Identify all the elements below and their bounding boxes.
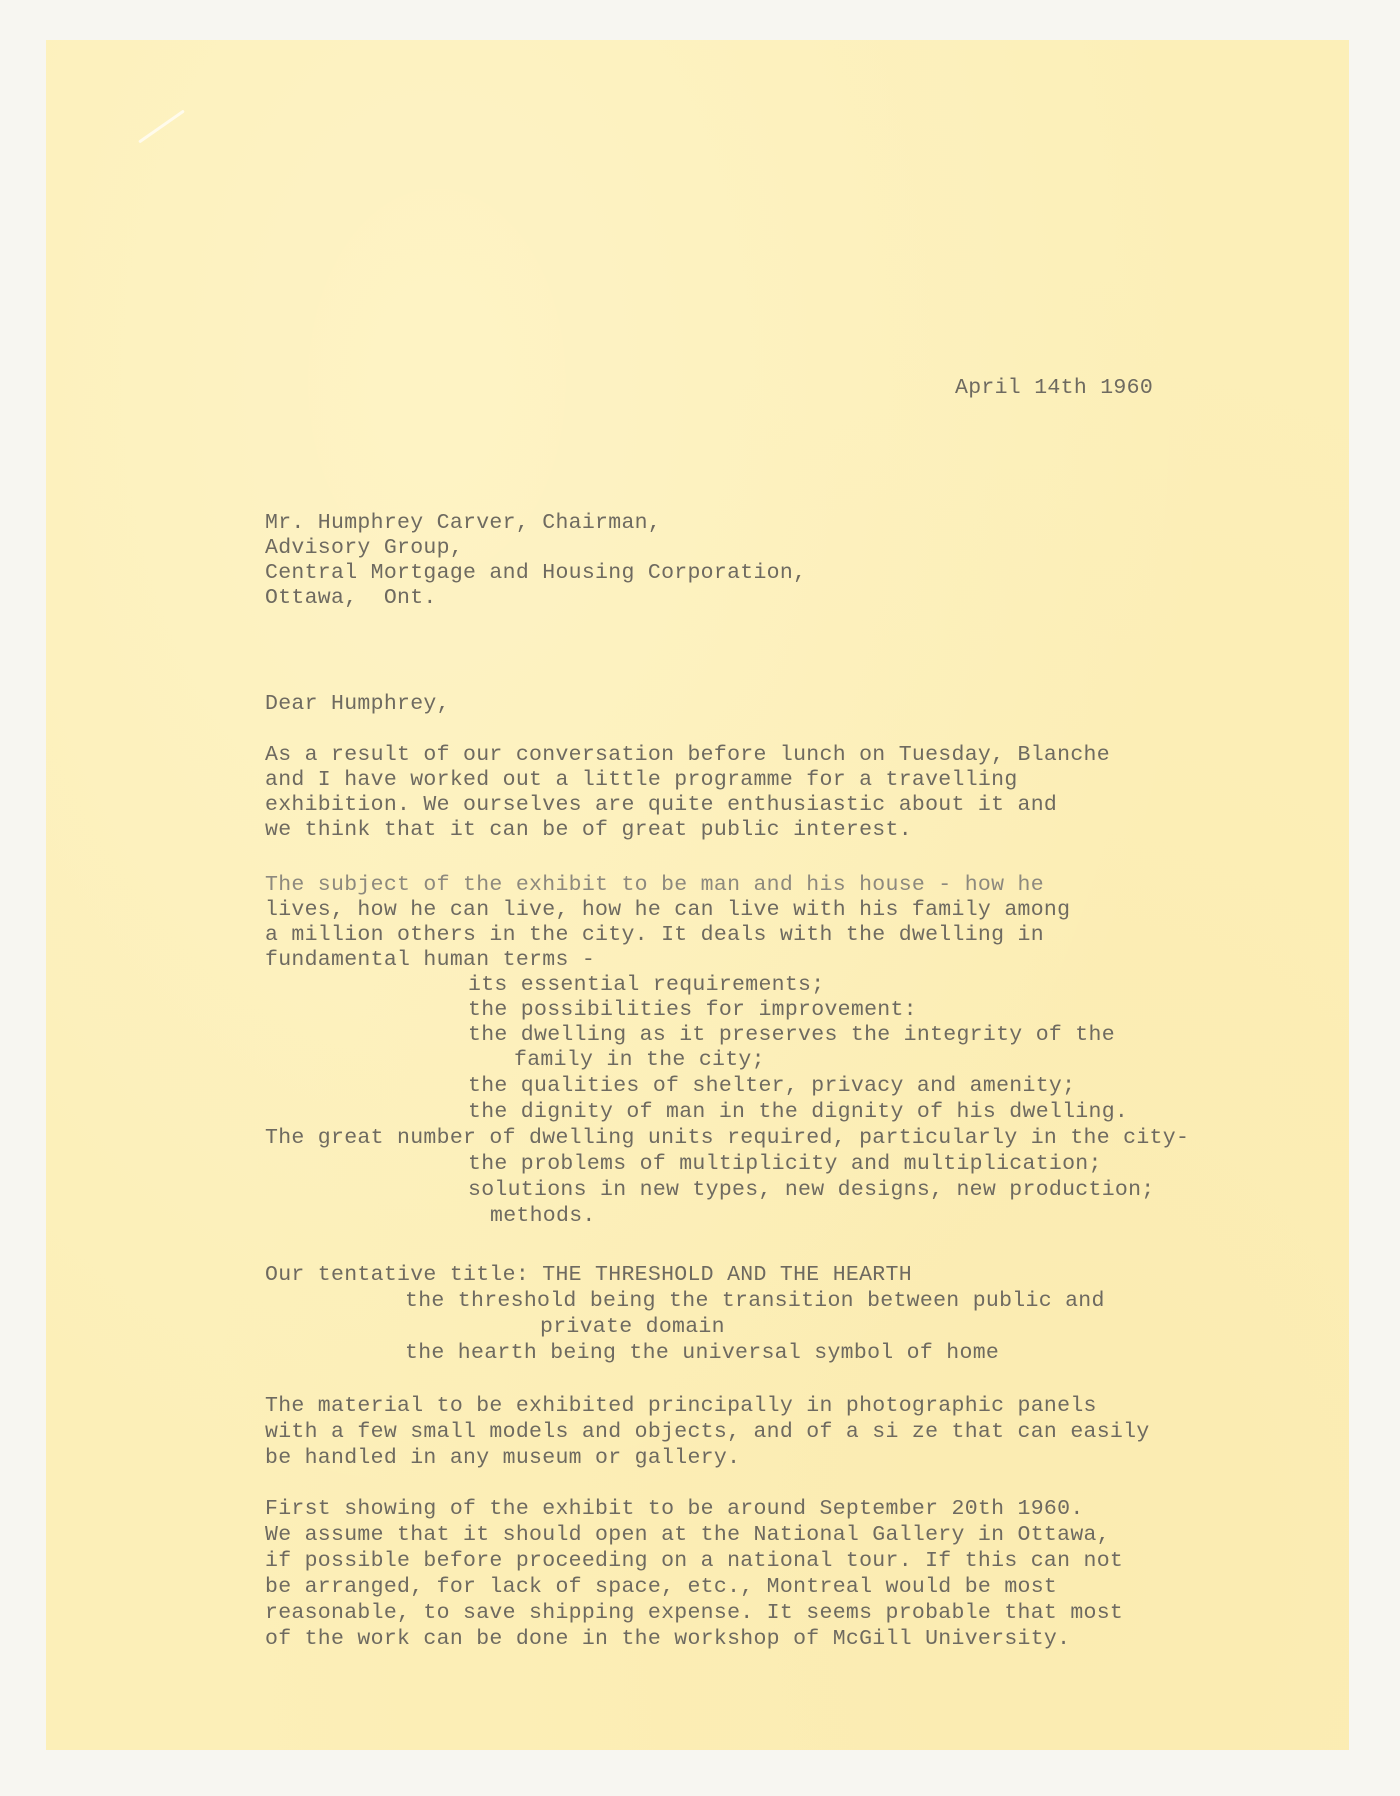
address-line: Advisory Group, xyxy=(265,536,463,561)
address-line: Ottawa, Ont. xyxy=(265,586,437,611)
list-item: solutions in new types, new designs, new… xyxy=(468,1178,1155,1203)
title-explanation-continuation: private domain xyxy=(540,1315,725,1340)
paragraph-line: lives, how he can live, how he can live … xyxy=(265,898,1070,923)
paragraph-line: be arranged, for lack of space, etc., Mo… xyxy=(265,1575,1057,1600)
paper-blemish xyxy=(138,109,185,143)
paragraph-line: and I have worked out a little programme… xyxy=(265,768,1018,793)
paragraph-line: be handled in any museum or gallery. xyxy=(265,1446,740,1471)
paragraph-line: we think that it can be of great public … xyxy=(265,818,912,843)
paragraph-line: First showing of the exhibit to be aroun… xyxy=(265,1497,1084,1522)
salutation: Dear Humphrey, xyxy=(265,692,450,717)
paragraph-line: As a result of our conversation before l… xyxy=(265,743,1110,768)
paragraph-line: with a few small models and objects, and… xyxy=(265,1420,1150,1445)
paragraph-line: The material to be exhibited principally… xyxy=(265,1394,1097,1419)
paragraph-line: of the work can be done in the workshop … xyxy=(265,1627,1070,1652)
paragraph-line: a million others in the city. It deals w… xyxy=(265,923,1044,948)
paragraph-line: reasonable, to save shipping expense. It… xyxy=(265,1601,1123,1626)
list-item: the possibilities for improvement: xyxy=(468,998,917,1023)
list-item: the dignity of man in the dignity of his… xyxy=(468,1100,1128,1125)
paragraph-line: exhibition. We ourselves are quite enthu… xyxy=(265,793,1057,818)
list-item-continuation: family in the city; xyxy=(514,1048,765,1073)
title-explanation: the hearth being the universal symbol of… xyxy=(405,1341,999,1366)
paragraph-line: fundamental human terms - xyxy=(265,948,595,973)
list-item: the problems of multiplicity and multipl… xyxy=(468,1152,1102,1177)
paragraph-line: if possible before proceeding on a natio… xyxy=(265,1549,1123,1574)
title-explanation: the threshold being the transition betwe… xyxy=(405,1289,1105,1314)
paragraph-line: The great number of dwelling units requi… xyxy=(265,1126,1189,1151)
letter-date: April 14th 1960 xyxy=(955,376,1153,401)
paragraph-line: We assume that it should open at the Nat… xyxy=(265,1523,1110,1548)
paragraph-line: The subject of the exhibit to be man and… xyxy=(265,873,1044,898)
list-item: its essential requirements; xyxy=(468,973,824,998)
list-item-continuation: methods. xyxy=(490,1204,596,1229)
list-item: the qualities of shelter, privacy and am… xyxy=(468,1074,1075,1099)
address-line: Mr. Humphrey Carver, Chairman, xyxy=(265,511,661,536)
address-line: Central Mortgage and Housing Corporation… xyxy=(265,561,806,586)
list-item: the dwelling as it preserves the integri… xyxy=(468,1023,1115,1048)
tentative-title: Our tentative title: THE THRESHOLD AND T… xyxy=(265,1263,912,1288)
